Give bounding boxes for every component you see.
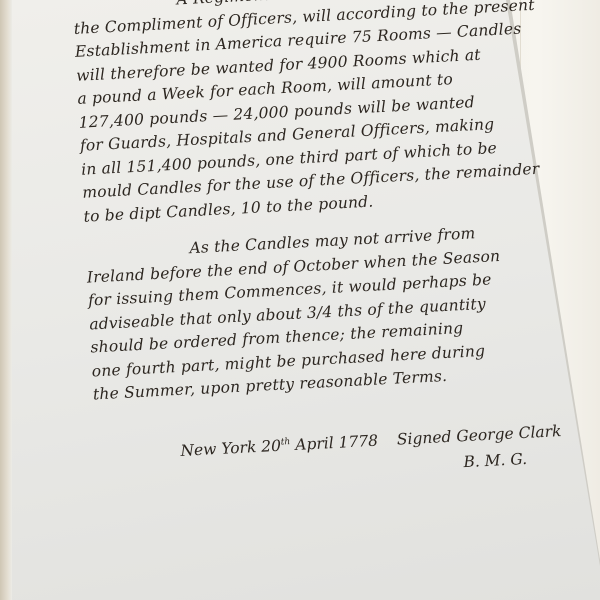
date-day: 20 (261, 437, 282, 456)
document-photo: A Regiment consisting of the Compliment … (0, 0, 600, 600)
signer-title: B. M. G. (463, 450, 528, 471)
book-binding (0, 0, 12, 600)
date-day-suffix: th (281, 437, 291, 447)
letter-body: A Regiment consisting of the Compliment … (72, 0, 563, 407)
signed-prefix: Signed (396, 428, 451, 449)
